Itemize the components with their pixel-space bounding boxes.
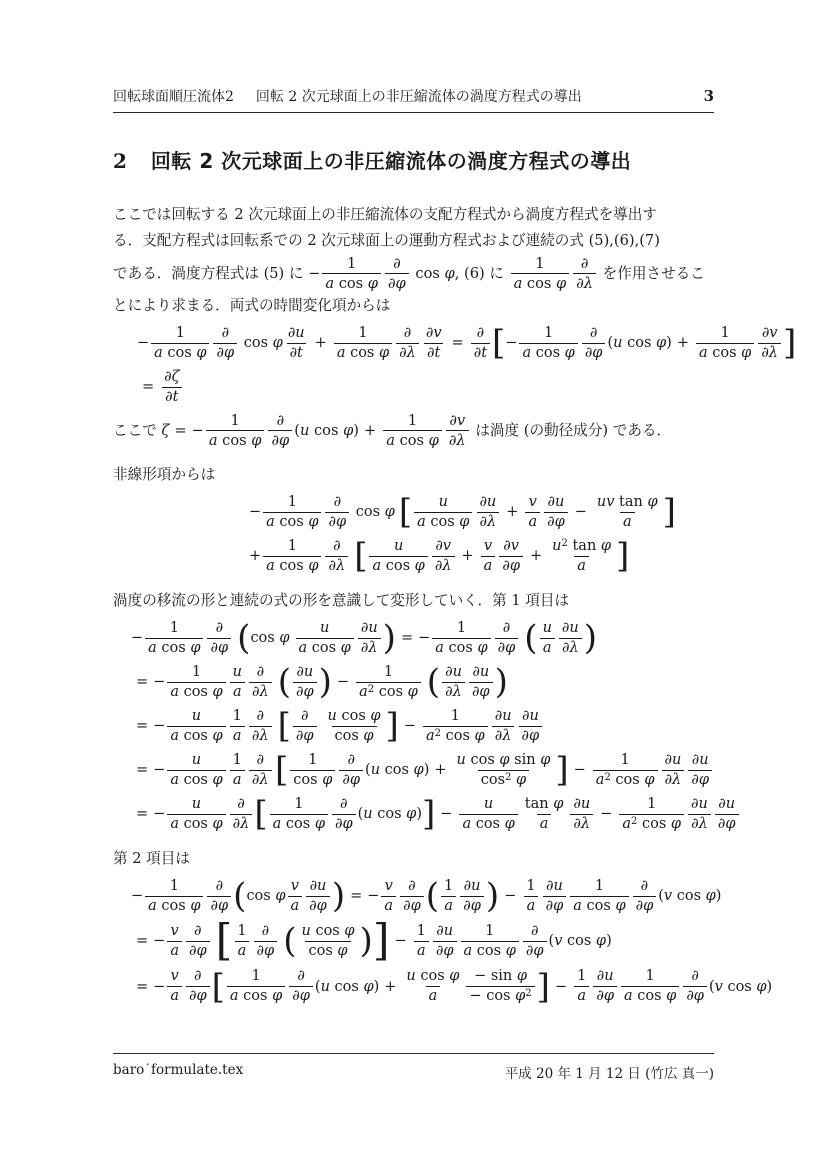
numerator: uv tan φ xyxy=(594,493,661,512)
math-variable: φ xyxy=(385,504,395,520)
fraction: ∂∂φ xyxy=(400,877,424,916)
numerator: 1 xyxy=(167,619,182,638)
math-roman: cos xyxy=(281,815,315,834)
math-operator: + xyxy=(677,335,689,351)
fraction: ua cos φ xyxy=(167,795,225,834)
math-variable: ∂λ xyxy=(576,274,593,293)
math-variable: a xyxy=(444,897,453,916)
denominator: ∂t xyxy=(471,343,490,363)
numerator: ∂ xyxy=(500,619,514,638)
numerator: v xyxy=(526,493,540,512)
numerator: 1 xyxy=(248,967,263,986)
fraction: 1a cos φ xyxy=(263,493,321,532)
denominator: ∂φ xyxy=(460,896,484,916)
math-roman: cos xyxy=(395,431,429,450)
denominator: a cos φ xyxy=(621,986,679,1006)
math-variable: ∂u xyxy=(296,663,313,682)
math-variable: a xyxy=(426,727,435,746)
fraction: ∂∂λ xyxy=(325,537,348,576)
math-variable: a xyxy=(573,897,582,916)
text-line: ここで ζ=−1a cos φ∂∂φ(u cos φ)+1a cos φ∂v∂λ… xyxy=(113,411,714,450)
math-variable: a xyxy=(623,513,632,532)
fraction: ∂∂φ xyxy=(683,967,707,1006)
numerator: 1 xyxy=(167,877,182,896)
fraction: ∂u∂φ xyxy=(293,663,317,702)
denominator: ∂φ xyxy=(289,986,313,1006)
fraction: ua xyxy=(230,663,245,702)
math-variable: ∂u xyxy=(436,922,453,941)
denominator: ∂λ xyxy=(325,556,348,576)
math-variable: ∂φ xyxy=(296,727,314,746)
math-roman: 1 xyxy=(417,922,426,941)
header-short-title: 回転球面順圧流体2 xyxy=(113,86,234,106)
math-variable: ∂u xyxy=(691,795,708,814)
denominator: a cos φ xyxy=(151,343,209,363)
denominator: ∂φ xyxy=(306,896,330,916)
math-variable: u xyxy=(321,979,330,995)
denominator: a cos φ xyxy=(369,556,427,576)
math-variable: ∂λ xyxy=(495,727,512,746)
numerator: ∂ xyxy=(331,493,345,512)
numerator: ∂v xyxy=(500,537,522,556)
math-roman: − xyxy=(308,261,320,287)
numerator: ∂u xyxy=(293,663,316,682)
math-operator: = xyxy=(401,630,413,646)
fraction: u2 tan φa xyxy=(549,537,614,576)
math-variable: ∂ζ xyxy=(164,368,179,387)
denominator: a xyxy=(574,986,589,1006)
denominator: a xyxy=(540,638,555,658)
numerator: ∂ xyxy=(213,619,227,638)
fraction: ∂u∂φ xyxy=(306,877,330,916)
fraction: 1a cos φ xyxy=(519,324,577,363)
math-operator: + xyxy=(506,504,518,520)
math-variable: φ xyxy=(196,344,206,363)
denominator: a cos φ xyxy=(334,343,392,363)
math-variable: φ xyxy=(515,987,525,1006)
math-variable: φ xyxy=(379,344,389,363)
math-roman: cos xyxy=(275,557,309,576)
math-roman: cos xyxy=(582,897,616,916)
math-roman: ) xyxy=(666,335,672,351)
fraction: ∂u∂φ xyxy=(688,751,712,790)
math-variable: u xyxy=(192,795,201,814)
math-variable: a xyxy=(148,897,157,916)
fraction: ∂∂φ xyxy=(332,795,356,834)
math-variable: a xyxy=(528,513,537,532)
japanese-text: ここで xyxy=(113,418,161,444)
denominator: ∂φ xyxy=(519,726,543,746)
numerator: ∂ xyxy=(405,877,419,896)
math-variable: φ xyxy=(477,639,487,658)
math-variable: a xyxy=(417,513,426,532)
math-operator: + xyxy=(384,979,396,995)
denominator: a xyxy=(167,986,182,1006)
math-variable: φ xyxy=(553,795,563,814)
math-variable: ∂ xyxy=(297,967,305,986)
fraction: 1a cos φ xyxy=(145,877,203,916)
math-variable: ∂φ xyxy=(718,815,736,834)
fraction: 1a xyxy=(230,751,245,790)
numerator: 1 xyxy=(454,619,469,638)
denominator: a xyxy=(381,896,396,916)
math-variable: a xyxy=(596,771,605,790)
denominator: a cos φ xyxy=(167,770,225,790)
denominator: a cos φ xyxy=(322,273,381,293)
equation-line: =−va∂∂φ[1a cos φ∂∂φ(u cos φ)+u cos φa− s… xyxy=(113,967,714,1007)
math-operator: = xyxy=(350,888,362,904)
fraction: − sin φ− cos φ2 xyxy=(466,967,534,1006)
denominator: ∂λ xyxy=(396,343,419,363)
math-roman: cos xyxy=(441,727,475,746)
denominator: ∂φ xyxy=(254,941,278,961)
denominator: ∂φ xyxy=(213,343,237,363)
math-variable: ∂λ xyxy=(435,557,452,576)
math-variable: a xyxy=(359,683,368,702)
denominator: ∂φ xyxy=(495,638,519,658)
math-roman: ) xyxy=(424,762,430,778)
math-roman: cos xyxy=(334,274,368,293)
denominator: ∂λ xyxy=(477,512,500,532)
math-operator: − xyxy=(395,933,407,949)
math-variable: φ xyxy=(272,987,282,1006)
fraction: ∂u∂φ xyxy=(543,877,567,916)
denominator: ∂φ xyxy=(469,682,493,702)
math-variable: φ xyxy=(556,274,566,293)
numerator: ∂u xyxy=(461,877,484,896)
math-variable: a xyxy=(624,987,633,1006)
math-variable: φ xyxy=(656,335,666,351)
denominator: a cos φ xyxy=(511,273,570,293)
fraction: 1a cos φ xyxy=(511,254,570,293)
fraction: 1a cos φ xyxy=(206,411,265,450)
fraction: va xyxy=(167,922,182,961)
math-variable: ∂φ xyxy=(189,942,207,961)
denominator: a cos φ xyxy=(432,638,490,658)
math-roman: cos xyxy=(471,815,505,834)
math-variable: ∂φ xyxy=(522,727,540,746)
equation-line: =−1a cos φua∂∂λ(∂u∂φ)−1a2 cos φ(∂u∂λ∂u∂φ… xyxy=(113,662,714,702)
numerator: 1 xyxy=(718,324,733,343)
numerator: ∂u xyxy=(570,795,593,814)
fraction: 1a xyxy=(230,707,245,746)
math-variable: ∂ xyxy=(257,663,265,682)
math-variable: ∂φ xyxy=(388,274,406,293)
denominator: ∂φ xyxy=(683,986,707,1006)
denominator: ∂φ xyxy=(207,896,231,916)
fraction: 1a xyxy=(234,922,249,961)
fraction: ua cos φ xyxy=(414,493,472,532)
math-variable: φ xyxy=(368,274,378,293)
math-variable: a xyxy=(230,987,239,1006)
math-operator: − xyxy=(575,504,587,520)
math-roman: ) xyxy=(716,888,722,904)
denominator: ∂φ xyxy=(499,556,523,576)
numerator: 1 xyxy=(574,967,589,986)
fraction: u cos φ sin φcos2 φ xyxy=(454,751,554,790)
math-variable: ∂φ xyxy=(686,987,704,1006)
denominator: a xyxy=(574,556,589,576)
numerator: v xyxy=(288,877,302,896)
numerator: ∂u xyxy=(662,751,685,770)
fraction: tan φa xyxy=(522,795,567,834)
fraction: 1a cos φ xyxy=(151,324,209,363)
math-variable: u xyxy=(543,619,552,638)
fraction: 1a cos φ xyxy=(227,967,285,1006)
numerator: ∂ xyxy=(253,707,267,726)
math-variable: ∂φ xyxy=(403,897,421,916)
math-roman: 1 xyxy=(230,411,239,430)
denominator: a2 cos φ xyxy=(356,682,421,702)
fraction: ∂∂φ xyxy=(254,922,278,961)
math-variable: φ xyxy=(190,639,200,658)
math-variable: ∂ xyxy=(393,254,401,273)
denominator: ∂λ xyxy=(249,726,272,746)
denominator: ∂φ xyxy=(325,512,349,532)
denominator: cos2 φ xyxy=(478,770,529,790)
fraction: ∂v∂φ xyxy=(499,537,523,576)
numerator: ∂ xyxy=(259,922,273,941)
fraction: ∂∂λ xyxy=(249,751,272,790)
numerator: ∂u xyxy=(469,663,492,682)
math-variable: a xyxy=(170,771,179,790)
fraction: ∂v∂λ xyxy=(432,537,455,576)
paren-delimiter: ) xyxy=(360,924,373,958)
fraction: ∂∂φ xyxy=(495,619,519,658)
math-roman: ) xyxy=(353,418,359,444)
math-variable: ∂u xyxy=(546,877,563,896)
math-roman: 1 xyxy=(233,751,242,770)
math-variable: ∂v xyxy=(762,324,778,343)
numerator: ∂u xyxy=(559,619,582,638)
math-roman: cos xyxy=(381,557,415,576)
math-roman: − xyxy=(418,630,430,646)
denominator: a cos φ xyxy=(167,814,225,834)
math-variable: ∂ xyxy=(641,877,649,896)
denominator: a xyxy=(620,512,635,532)
math-roman: cos xyxy=(531,344,565,363)
math-variable: v xyxy=(554,933,562,949)
numerator: 1 xyxy=(644,795,659,814)
denominator: a xyxy=(537,814,552,834)
numerator: 1 xyxy=(523,877,538,896)
math-roman: − xyxy=(505,335,517,351)
math-roman: − xyxy=(153,762,165,778)
math-variable: a xyxy=(462,815,471,834)
math-variable: u xyxy=(371,762,380,778)
math-roman: cos xyxy=(308,942,337,961)
math-roman: cos xyxy=(562,933,596,949)
numerator: − sin φ xyxy=(471,967,530,986)
text-line: 渦度の移流の形と連続の式の形を意識して変形していく．第 1 項目は xyxy=(113,588,714,614)
math-roman: cos xyxy=(380,762,414,778)
math-roman: cos xyxy=(335,727,364,746)
paren-delimiter: ( xyxy=(283,924,296,958)
math-variable: φ xyxy=(449,967,459,986)
math-variable: φ xyxy=(741,344,751,363)
math-roman: + xyxy=(249,548,261,564)
math-roman: cos xyxy=(218,431,252,450)
math-roman: − xyxy=(131,630,143,646)
math-variable: ∂v xyxy=(503,537,519,556)
math-variable: φ xyxy=(370,707,380,726)
denominator: a xyxy=(481,556,496,576)
math-roman: 1 xyxy=(408,411,417,430)
bracket-delimiter: ] xyxy=(663,495,676,529)
fraction: 1a cos φ xyxy=(621,967,679,1006)
bracket-delimiter: [ xyxy=(354,539,367,573)
numerator: 1 xyxy=(643,967,658,986)
numerator: ∂u xyxy=(594,967,617,986)
math-variable: ∂ xyxy=(477,324,485,343)
math-variable: ∂ xyxy=(531,922,539,941)
japanese-text: 非線形項からは xyxy=(113,462,215,488)
math-roman: cos xyxy=(637,815,671,834)
equation-line: =−ua cos φ∂∂λ[1a cos φ∂∂φ(u cos φ)]−ua c… xyxy=(113,794,714,834)
math-roman: 1 xyxy=(535,254,544,273)
math-variable: ∂ xyxy=(194,922,202,941)
fraction: ∂u∂φ xyxy=(519,707,543,746)
fraction: ∂u∂λ xyxy=(442,663,465,702)
bracket-delimiter: ] xyxy=(616,539,629,573)
math-variable: ∂ xyxy=(333,537,341,556)
math-roman: cos xyxy=(179,727,213,746)
numerator: ∂v xyxy=(423,324,445,343)
math-variable: ∂u xyxy=(665,751,682,770)
math-roman: 1 xyxy=(294,795,303,814)
math-variable: a xyxy=(233,771,242,790)
math-roman: 1 xyxy=(288,493,297,512)
math-variable: φ xyxy=(565,344,575,363)
math-variable: φ xyxy=(445,261,455,287)
math-variable: a xyxy=(299,639,308,658)
math-variable: ∂v xyxy=(449,411,465,430)
numerator: ∂u xyxy=(519,707,542,726)
math-variable: φ xyxy=(343,418,353,444)
fraction: ∂∂φ xyxy=(385,254,409,293)
paren-delimiter: ( xyxy=(233,879,246,913)
numerator: ∂u xyxy=(715,795,738,814)
denominator: cos φ xyxy=(305,941,350,961)
math-variable: φ xyxy=(459,513,469,532)
math-variable: u xyxy=(320,619,329,638)
fraction: ∂∂φ xyxy=(186,967,210,1006)
numerator: 1 xyxy=(618,751,633,770)
equation-line: =−ua cos φ1a∂∂λ[∂∂φu cos φcos φ]−1a2 cos… xyxy=(113,706,714,746)
numerator: ∂u xyxy=(543,877,566,896)
math-roman: 1 xyxy=(457,619,466,638)
numerator: ∂ xyxy=(213,877,227,896)
denominator: a cos φ xyxy=(227,986,285,1006)
numerator: ∂ xyxy=(528,922,542,941)
math-roman: − xyxy=(153,806,165,822)
math-variable: φ xyxy=(475,727,485,746)
math-variable: u xyxy=(552,537,561,556)
math-variable: φ xyxy=(341,639,351,658)
numerator: ∂ xyxy=(390,254,404,273)
math-variable: a xyxy=(429,987,438,1006)
math-roman: sin xyxy=(510,751,541,770)
math-variable: ∂u xyxy=(472,663,489,682)
math-operator: = xyxy=(136,806,148,822)
denominator: a xyxy=(230,726,245,746)
page-footer: baro˙formulate.tex 平成 20 年 1 月 12 日 (竹広 … xyxy=(113,1053,714,1082)
japanese-text: (6) に xyxy=(464,261,509,287)
math-variable: φ xyxy=(647,493,657,512)
math-variable: a xyxy=(577,987,586,1006)
math-variable: ∂t xyxy=(290,344,303,363)
math-variable: ∂λ xyxy=(399,344,416,363)
equation-line: −1a cos φ∂∂φ cos φ∂u∂t+1a cos φ∂∂λ∂v∂t=∂… xyxy=(113,323,714,363)
numerator: ∂ xyxy=(298,707,312,726)
math-roman: 1 xyxy=(646,967,655,986)
denominator: ∂λ xyxy=(432,556,455,576)
fraction: ua cos φ xyxy=(167,707,225,746)
math-variable: ∂λ xyxy=(233,815,250,834)
denominator: cos φ xyxy=(332,726,377,746)
math-variable: ∂u xyxy=(597,967,614,986)
math-variable: ∂ xyxy=(404,324,412,343)
math-variable: φ xyxy=(251,431,261,450)
numerator: u xyxy=(230,663,245,682)
math-variable: u xyxy=(328,707,337,726)
bracket-delimiter: [ xyxy=(399,495,412,529)
fraction: ∂∂φ xyxy=(293,707,317,746)
numerator: v xyxy=(382,877,396,896)
math-variable: a xyxy=(170,815,179,834)
denominator: ∂φ xyxy=(332,814,356,834)
denominator: ∂λ xyxy=(758,343,781,363)
math-variable: φ xyxy=(212,815,222,834)
denominator: a cos φ xyxy=(459,814,517,834)
fraction: 1a cos φ xyxy=(334,324,392,363)
math-variable: ∂φ xyxy=(342,771,360,790)
denominator: a2 cos φ xyxy=(423,726,488,746)
numerator: ∂u xyxy=(307,877,330,896)
numerator: ∂u xyxy=(545,493,568,512)
bracket-delimiter: ] xyxy=(373,920,390,963)
denominator: ∂t xyxy=(424,343,443,363)
math-variable: v xyxy=(171,967,179,986)
numerator: ∂ xyxy=(587,324,601,343)
numerator: u xyxy=(317,619,332,638)
math-variable: v xyxy=(171,922,179,941)
denominator: ∂λ xyxy=(570,814,593,834)
fraction: ∂∂φ xyxy=(213,324,237,363)
paren-delimiter: ) xyxy=(486,879,499,913)
math-variable: φ xyxy=(756,979,766,995)
text-line: 非線形項からは xyxy=(113,462,714,488)
math-variable: φ xyxy=(273,335,283,351)
fraction: va xyxy=(481,537,496,576)
math-variable: v xyxy=(664,888,672,904)
math-operator: = xyxy=(136,718,148,734)
math-roman: cos xyxy=(293,771,322,790)
math-roman: cos xyxy=(481,771,505,790)
math-roman: 1 xyxy=(347,254,356,273)
math-roman: cos xyxy=(374,683,408,702)
numerator: 1 xyxy=(381,663,396,682)
math-roman: ) xyxy=(606,933,612,949)
fraction: 1a cos φ xyxy=(383,411,442,450)
fraction: ∂u∂λ xyxy=(476,493,499,532)
numerator: 1 xyxy=(405,411,420,430)
bracket-delimiter: [ xyxy=(216,920,233,963)
math-variable: ∂λ xyxy=(361,639,378,658)
math-variable: ∂λ xyxy=(665,771,682,790)
section-heading: 2 回転 2 次元球面上の非圧縮流体の渦度方程式の導出 xyxy=(113,145,714,174)
math-variable: φ xyxy=(337,942,347,961)
